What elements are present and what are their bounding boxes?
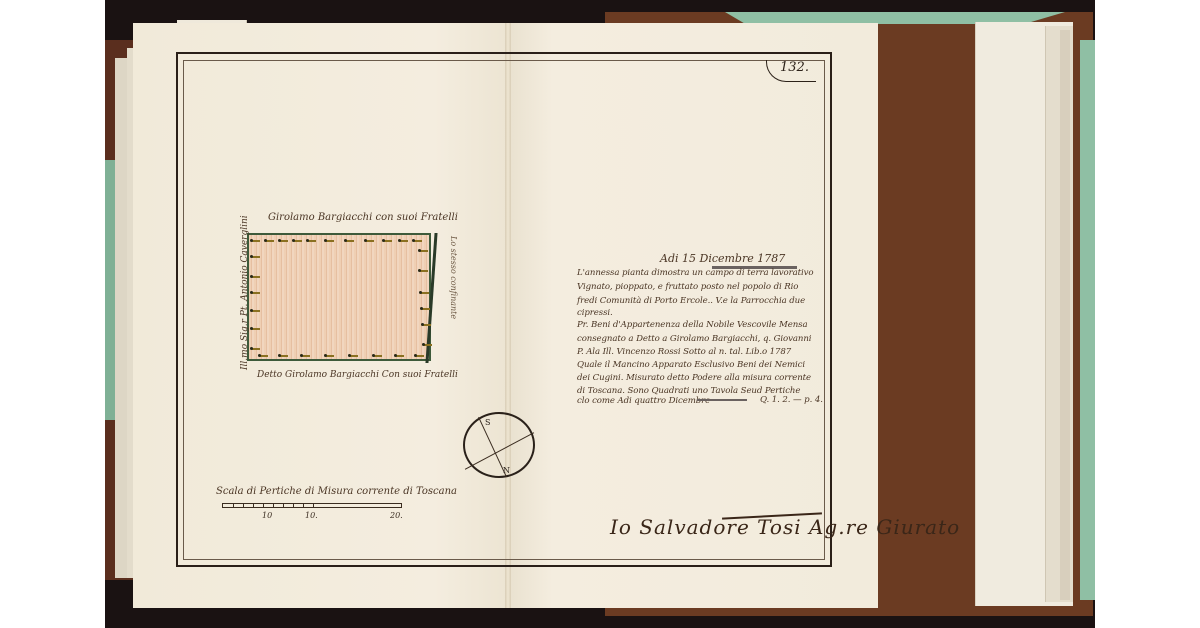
tree-marker: [326, 240, 334, 242]
tree-marker: [421, 292, 429, 294]
tree-marker: [424, 344, 432, 346]
scale-bar: [222, 503, 402, 508]
tree-marker: [294, 240, 302, 242]
tree-marker: [420, 250, 428, 252]
tree-marker: [414, 240, 422, 242]
tree-marker: [346, 240, 354, 242]
deed-line: dei Cugini. Misurato detto Podere alla m…: [577, 373, 811, 383]
tree-marker: [400, 240, 408, 242]
tree-marker: [366, 240, 374, 242]
tree-marker: [252, 256, 260, 258]
deed-line: L'annessa pianta dimostra un campo di te…: [577, 268, 814, 278]
map-label-south-boundary: Detto Girolamo Bargiacchi Con suoi Frate…: [257, 370, 458, 380]
scale-tick-label: 20.: [390, 511, 403, 520]
tree-marker: [252, 328, 260, 330]
tree-marker: [416, 355, 424, 357]
deed-date: Adi 15 Dicembre 1787: [660, 252, 785, 265]
tree-marker: [252, 276, 260, 278]
tree-marker: [326, 355, 334, 357]
deed-line: fredi Comunità di Porto Ercole.. V.e la …: [577, 296, 805, 306]
tree-marker: [252, 292, 260, 294]
deed-line: Pr. Beni d'Appartenenza della Nobile Ves…: [577, 320, 807, 330]
deed-line: clo come Adi quattro Dicembre: [577, 396, 710, 406]
deed-line: Vignato, pioppato, e fruttato posto nel …: [577, 282, 798, 292]
cover-marbled-edge-right: [1080, 40, 1095, 600]
map-label-north-boundary: Girolamo Bargiacchi con suoi Fratelli: [268, 212, 458, 223]
tree-marker: [252, 240, 260, 242]
compass-mark-north: N: [503, 466, 510, 475]
tree-marker: [252, 310, 260, 312]
page-edge-right: [1060, 30, 1070, 600]
deed-rule: [697, 399, 747, 401]
tree-marker: [302, 355, 310, 357]
deed-line: cipressi.: [577, 308, 613, 318]
scale-tick-label: 10.: [305, 511, 318, 520]
scale-tick-label: 10: [262, 511, 272, 520]
surveyor-signature: Io Salvadore Tosi Ag.re Giurato: [610, 515, 960, 539]
deed-line: consegnato a Detto a Girolamo Bargiacchi…: [577, 334, 811, 344]
tree-marker: [396, 355, 404, 357]
deed-line: P. Ala Ill. Vincenzo Rossi Sotto al n. t…: [577, 347, 791, 357]
field-map: [247, 233, 431, 361]
tree-marker: [308, 240, 316, 242]
folio-number: 132.: [780, 60, 809, 75]
compass-mark-south: S: [485, 418, 490, 427]
deed-line: Quale il Mancino Apparato Esclusivo Beni…: [577, 360, 805, 370]
tree-marker: [280, 355, 288, 357]
scale-title: Scala di Pertiche di Misura corrente di …: [216, 486, 457, 497]
tree-marker: [423, 324, 431, 326]
tree-marker: [266, 240, 274, 242]
map-label-east-boundary: Lo stesso confinante: [449, 236, 458, 319]
tree-marker: [374, 355, 382, 357]
tree-marker: [350, 355, 358, 357]
tree-marker: [260, 355, 268, 357]
tree-marker: [280, 240, 288, 242]
tree-marker: [384, 240, 392, 242]
tree-marker: [422, 308, 430, 310]
tree-marker: [420, 270, 428, 272]
map-label-west-boundary: Ill.mo Sig.r Pt. Antonio Caverglini: [240, 215, 250, 370]
deed-measure: Q. 1. 2. — p. 4.: [760, 395, 823, 405]
compass-rose-icon: [463, 412, 535, 478]
cover-marbled-edge-left: [105, 160, 115, 420]
tree-marker: [252, 348, 260, 350]
